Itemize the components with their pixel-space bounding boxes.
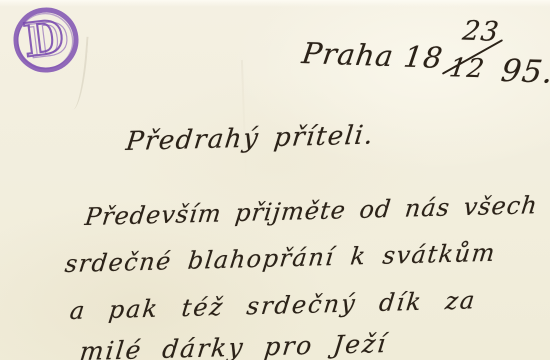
date-line: Praha 18231295. (299, 30, 550, 89)
letter-page: D D Praha 18231295. Předrahý příteli. Př… (0, 0, 550, 360)
stamp-letter: D (21, 9, 67, 67)
letter-line: srdečné blahopřání k svátkům (63, 239, 497, 278)
monogram-stamp: D D (9, 3, 83, 77)
date-city-and-century: Praha 18 (300, 36, 445, 75)
letter-line: milé dárky pro Ježí (78, 329, 389, 360)
salutation: Předrahý příteli. (124, 120, 376, 157)
letter-line: a pak též srdečný dík za (68, 286, 478, 325)
date-fraction: 2312 (439, 29, 507, 87)
letter-line: Především přijměte od nás všech (83, 191, 539, 231)
date-year: 95. (499, 53, 550, 91)
paper-fold-shadow (241, 60, 247, 180)
date-month: 12 (447, 53, 486, 84)
